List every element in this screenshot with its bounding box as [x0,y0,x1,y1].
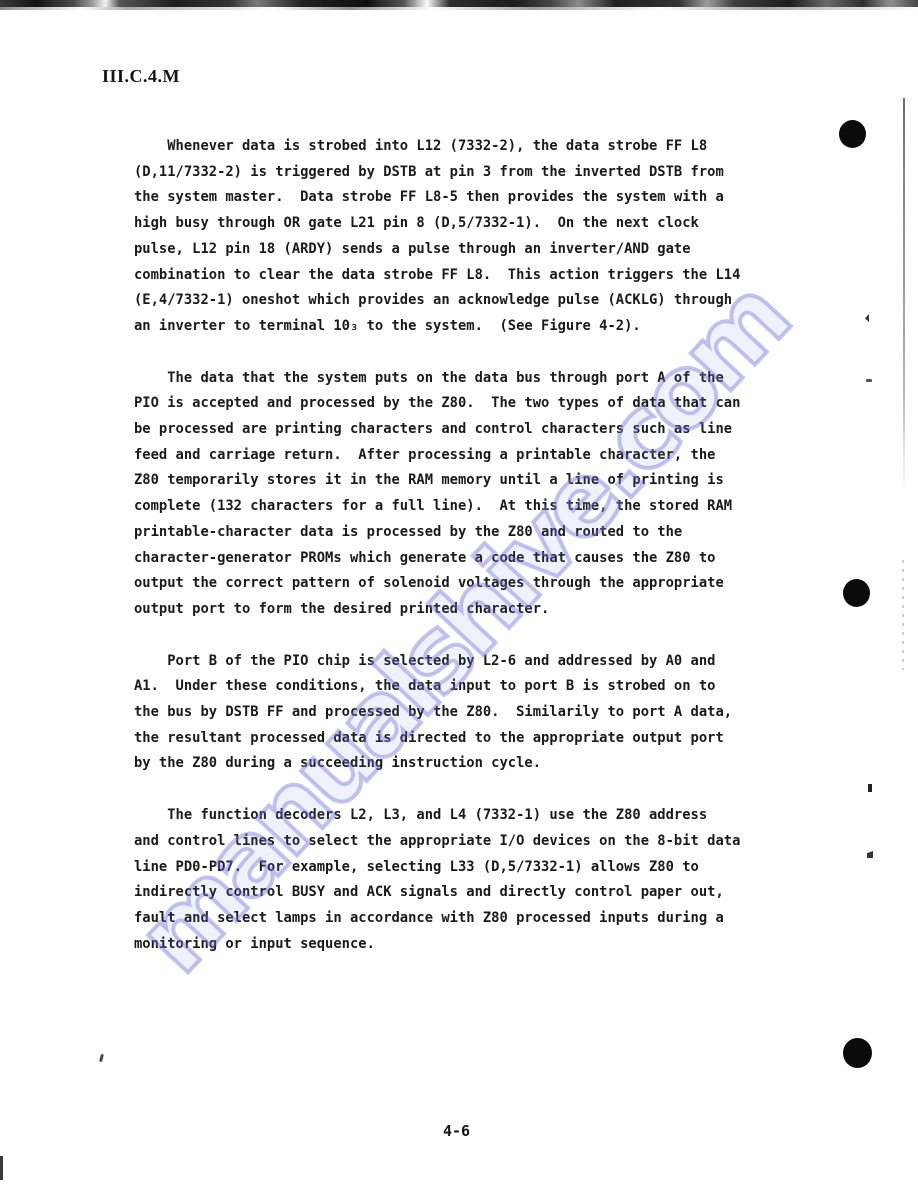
paragraph-3: Port B of the PIO chip is selected by L2… [134,649,754,778]
scan-speck [868,784,872,792]
paragraph-1: Whenever data is strobed into L12 (7332-… [134,134,754,340]
punch-hole-bottom [843,1038,872,1068]
body-text: Whenever data is strobed into L12 (7332-… [134,134,754,983]
scan-artifact-right-edge-dots [902,560,904,670]
punch-hole-top [839,120,866,148]
section-header: III.C.4.M [102,66,180,87]
paragraph-2: The data that the system puts on the dat… [134,366,754,623]
scan-speck [865,314,869,322]
scan-artifact-right-edge-line [903,98,905,490]
scan-artifact-top-band [0,0,918,7]
punch-hole-middle [843,579,870,607]
scan-speck [867,851,873,858]
scan-artifact-left-edge-mark [0,1156,3,1180]
paragraph-4: The function decoders L2, L3, and L4 (73… [134,803,754,957]
scan-speck [99,1054,104,1062]
page-number: 4-6 [443,1122,470,1140]
scan-speck [866,379,872,382]
document-page: III.C.4.M Whenever data is strobed into … [0,0,918,1188]
